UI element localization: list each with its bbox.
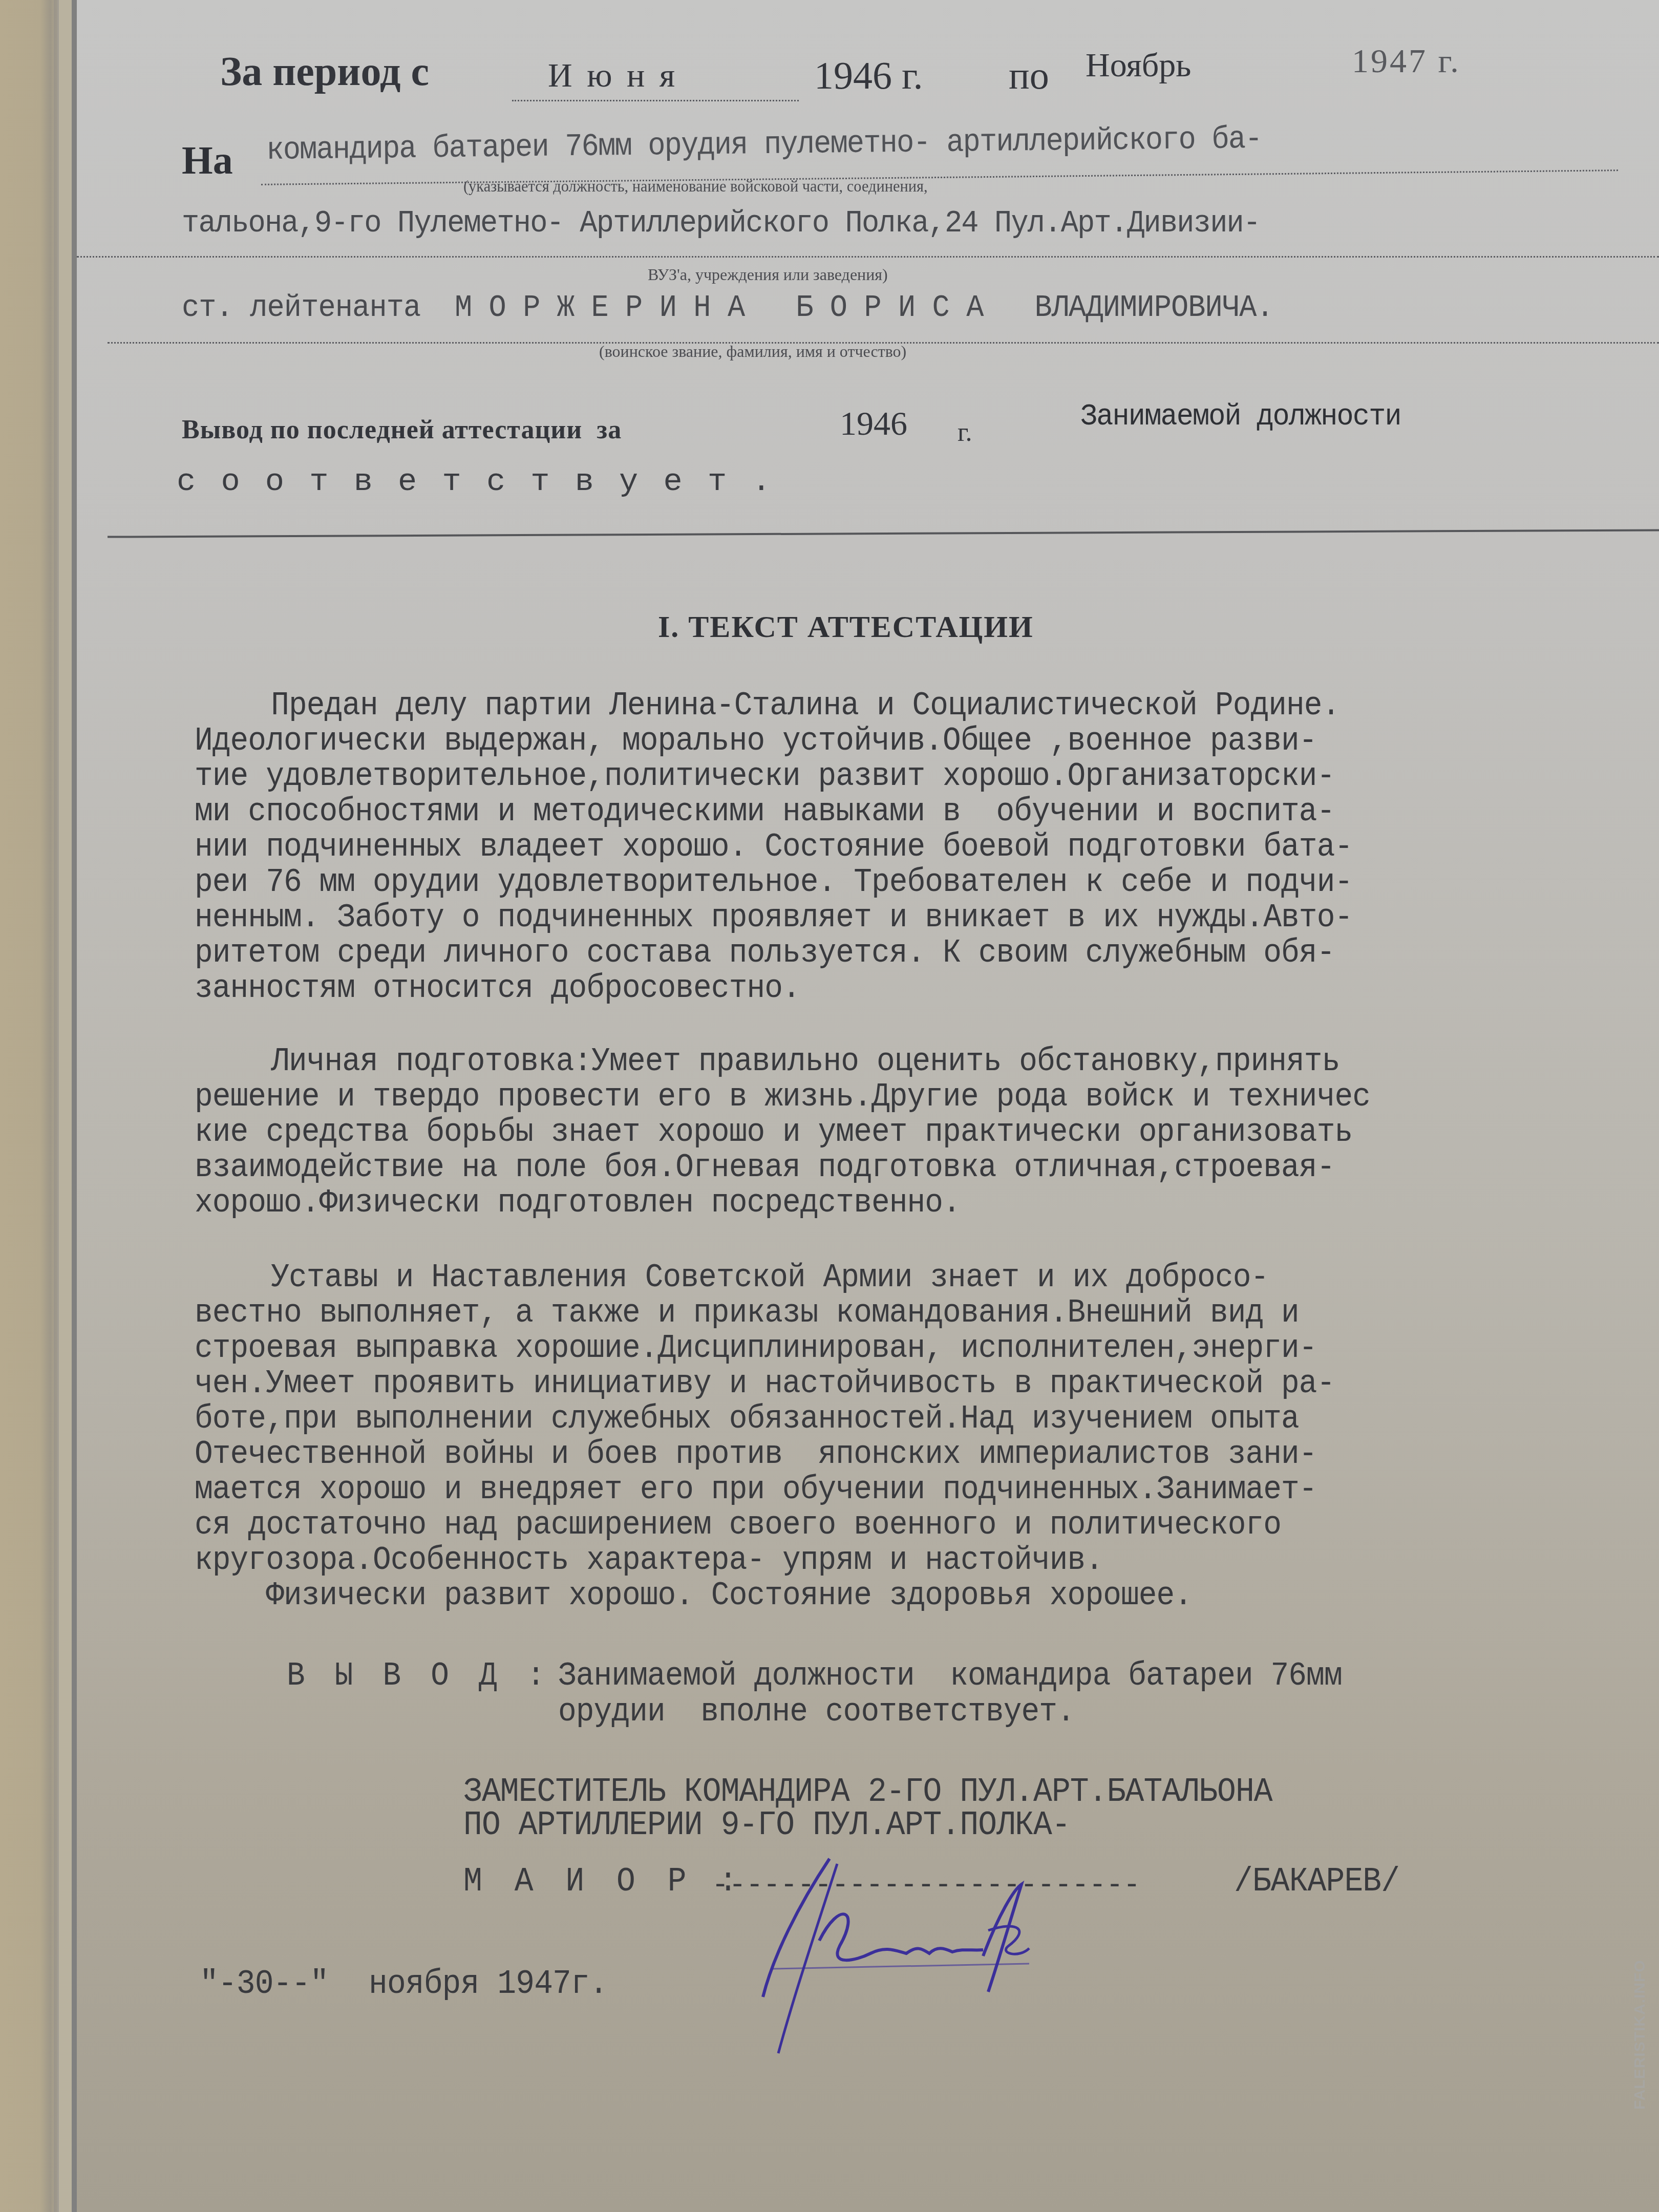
signatory-title-line-2: ПО АРТИЛЛЕРИИ 9-ГО ПУЛ.АРТ.ПОЛКА-	[463, 1807, 1659, 1843]
conclusion-line-2: орудии вполне соответствует.	[558, 1695, 1659, 1730]
text-line: вестно выполняет, а также и приказы кома…	[195, 1296, 1528, 1331]
position-caption-1: (указывается должность, наименование вой…	[463, 177, 928, 196]
position-caption-2: ВУЗ'а, учреждения или заведения)	[648, 265, 888, 284]
text-line: Личная подготовка:Умеет правильно оценит…	[200, 1045, 1533, 1080]
text-line: тие удовлетворительное,политически разви…	[195, 759, 1528, 795]
text-line: строевая выправка хорошие.Дисциплинирова…	[195, 1331, 1528, 1367]
last-conclusion-label: Вывод по последней аттестации за	[182, 415, 622, 445]
text-line: ся достаточно над расширением своего вое…	[195, 1508, 1528, 1543]
binding-shadow	[54, 0, 59, 2212]
position-line-2: тальона,9-го Пулеметно- Артиллерийского …	[182, 205, 1260, 241]
text-line: Предан делу партии Ленина-Сталина и Соци…	[200, 689, 1533, 724]
text-line: чен.Умеет проявить инициативу и настойчи…	[195, 1367, 1528, 1402]
text-line: реи 76 мм орудии удовлетворительное. Тре…	[195, 865, 1528, 901]
na-label: На	[182, 137, 233, 183]
last-conclusion-year: 1946	[840, 405, 907, 443]
text-line: Отечественной войны и боев против японск…	[195, 1437, 1528, 1473]
signatory-name: /БАКАРЕВ/	[1234, 1864, 1659, 1899]
period-to-label: по	[1009, 54, 1049, 98]
last-conclusion-value-1: Занимаемой должности	[1080, 399, 1401, 434]
text-line: ненным. Заботу о подчиненных проявляет и…	[195, 901, 1528, 936]
text-line: Физически развит хорошо. Состояние здоро…	[195, 1579, 1528, 1614]
period-from-month: И ю н я	[548, 56, 678, 95]
watermark-brand: FALERISTIKA.INFO	[1631, 1960, 1649, 2110]
position-rule-2	[77, 256, 1659, 258]
last-conclusion-year-suffix: г.	[958, 417, 972, 448]
person-name: ст. лейтенанта М О Р Ж Е Р И Н А Б О Р И…	[182, 289, 1273, 326]
period-from-year: 1946 г.	[814, 54, 923, 98]
last-conclusion-value-2: с о о т в е т с т в у е т .	[177, 463, 774, 500]
text-line: решение и твердо провести его в жизнь.Др…	[195, 1080, 1528, 1115]
text-line: Уставы и Наставления Советской Армии зна…	[200, 1261, 1533, 1296]
text-line: кие средства борьбы знает хорошо и умеет…	[195, 1115, 1528, 1151]
period-label: За период с	[220, 49, 429, 95]
date-month-year: ноября 1947г.	[369, 1966, 1659, 2002]
text-line: ритетом среди личного состава пользуется…	[195, 936, 1528, 971]
site-watermark: FALERISTIKA.INFO https://faleristika.inf…	[1613, 1960, 1659, 2110]
conclusion-line-1: Занимаемой должности командира батареи 7…	[558, 1659, 1659, 1694]
text-line: боте,при выполнении служебных обязанност…	[195, 1402, 1528, 1437]
period-to-year: 1947 г.	[1352, 42, 1461, 81]
text-line: взаимодействие на поле боя.Огневая подго…	[195, 1151, 1528, 1186]
text-line: занностям относится добросовестно.	[195, 971, 1528, 1007]
period-from-rule	[512, 100, 799, 101]
book-binding	[0, 0, 57, 2212]
handwritten-signature	[742, 1843, 1101, 2058]
text-line: кругозора.Особенность характера- упрям и…	[195, 1543, 1528, 1579]
signatory-title-line-1: ЗАМЕСТИТЕЛЬ КОМАНДИРА 2-ГО ПУЛ.АРТ.БАТАЛ…	[463, 1774, 1659, 1810]
text-line: ми способностями и методическими навыкам…	[195, 795, 1528, 830]
text-line: хорошо.Физически подготовлен посредствен…	[195, 1186, 1528, 1221]
text-line: нии подчиненных владеет хорошо. Состояни…	[195, 830, 1528, 865]
text-line: мается хорошо и внедряет его при обучени…	[195, 1473, 1528, 1508]
period-to-month: Ноябрь	[1086, 46, 1191, 85]
section-title: I. ТЕКСТ АТТЕСТАЦИИ	[658, 609, 1034, 645]
person-caption: (воинское звание, фамилия, имя и отчеств…	[599, 342, 906, 361]
text-line: Идеологически выдержан, морально устойчи…	[195, 724, 1528, 759]
